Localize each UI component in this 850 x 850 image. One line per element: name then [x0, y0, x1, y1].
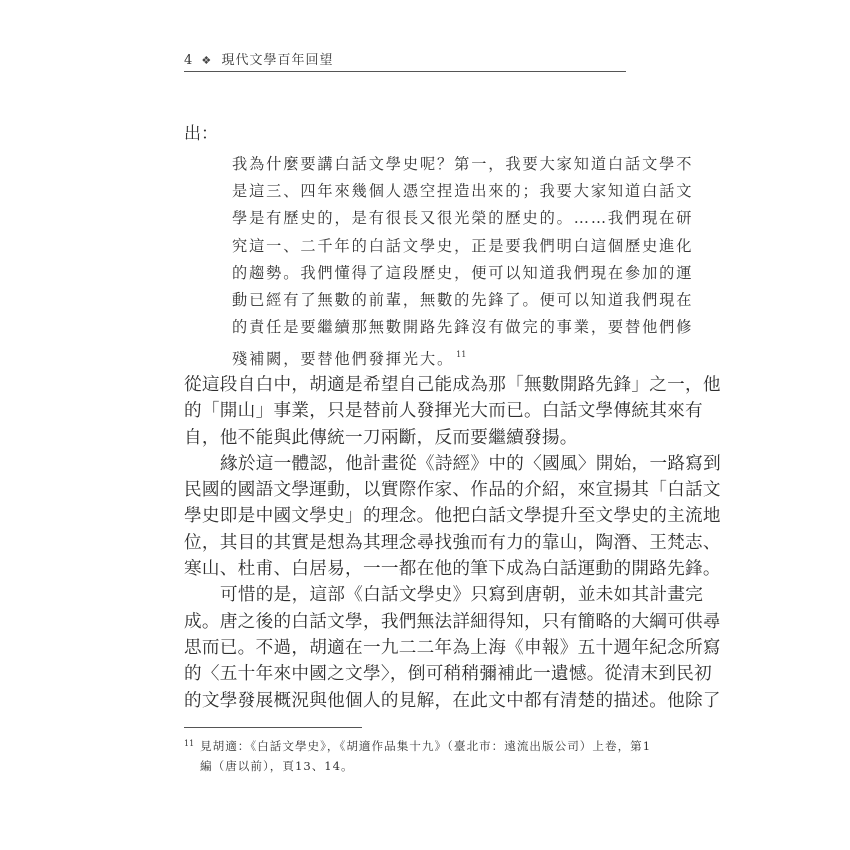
- paragraph: 緣於這一體認，他計畫從《詩經》中的〈國風〉開始，一路寫到 民國的國語文學運動，以…: [184, 451, 628, 582]
- quote-line-text: 殘補闕，要替他們發揮光大。: [232, 350, 454, 368]
- ornament-icon: ❖: [201, 54, 212, 67]
- body-line: 從這段自白中，胡適是希望自己能成為那「無數開路先鋒」之一，他: [184, 372, 628, 398]
- book-title: 現代文學百年回望: [221, 53, 333, 68]
- book-page: 4 ❖ 現代文學百年回望 出： 我為什麼要講白話文學史呢？第一，我要大家知道白話…: [0, 0, 850, 850]
- paragraph: 從這段自白中，胡適是希望自己能成為那「無數開路先鋒」之一，他 的「開山」事業，只…: [184, 372, 628, 451]
- running-head: 4 ❖ 現代文學百年回望: [184, 51, 626, 72]
- body-line: 的〈五十年來中國之文學〉，倒可稍稍彌補此一遺憾。從清末到民初: [184, 661, 628, 687]
- body-line: 緣於這一體認，他計畫從《詩經》中的〈國風〉開始，一路寫到: [184, 451, 628, 477]
- body-line: 的文學發展概況與他個人的見解，在此文中都有清楚的描述。他除了: [184, 688, 628, 714]
- body-line: 自，他不能與此傳統一刀兩斷，反而要繼續發揚。: [184, 425, 628, 451]
- quote-line-last: 殘補闕，要替他們發揮光大。11: [232, 341, 624, 368]
- body-line: 思而已。不過，胡適在一九二二年為上海《申報》五十週年紀念所寫: [184, 635, 628, 661]
- body-line: 寒山、杜甫、白居易，一一都在他的筆下成為白話運動的開路先鋒。: [184, 556, 628, 582]
- quote-line: 我為什麼要講白話文學史呢？第一，我要大家知道白話文學不: [232, 151, 624, 178]
- quote-line: 學是有歷史的，是有很長又很光榮的歷史的。……我們現在研: [232, 205, 624, 232]
- quote-line: 的責任是要繼續那無數開路先鋒沒有做完的事業，要替他們修: [232, 314, 624, 341]
- quote-line: 究這一、二千年的白話文學史，正是要我們明白這個歷史進化: [232, 233, 624, 260]
- footnote-number: 11: [184, 734, 194, 754]
- quote-line: 是這三、四年來幾個人憑空捏造出來的；我要大家知道白話文: [232, 178, 624, 205]
- body-line: 的「開山」事業，只是替前人發揮光大而已。白話文學傳統其來有: [184, 398, 628, 424]
- paragraph: 可惜的是，這部《白話文學史》只寫到唐朝，並未如其計畫完 成。唐之後的白話文學，我…: [184, 582, 628, 713]
- body-line: 可惜的是，這部《白話文學史》只寫到唐朝，並未如其計畫完: [184, 582, 628, 608]
- quote-line: 動已經有了無數的前輩，無數的先鋒了。便可以知道我們現在: [232, 287, 624, 314]
- lead-in-text: 出：: [184, 122, 218, 146]
- body-line: 成。唐之後的白話文學，我們無法詳細得知，只有簡略的大綱可供尋: [184, 609, 628, 635]
- quote-line: 的趨勢。我們懂得了這段歷史，便可以知道我們現在參加的運: [232, 260, 624, 287]
- body-line: 學史即是中國文學史」的理念。他把白話文學提升至文學史的主流地: [184, 503, 628, 529]
- body-text: 從這段自白中，胡適是希望自己能成為那「無數開路先鋒」之一，他 的「開山」事業，只…: [184, 372, 628, 714]
- footnote-divider: [184, 727, 362, 728]
- footnote-line: 編（唐以前），頁13、14。: [184, 756, 628, 776]
- block-quote: 我為什麼要講白話文學史呢？第一，我要大家知道白話文學不 是這三、四年來幾個人憑空…: [232, 151, 624, 369]
- body-line: 民國的國語文學運動，以實際作家、作品的介紹，來宣揚其「白話文: [184, 477, 628, 503]
- footnote-line: 見胡適：《白話文學史》，《胡適作品集十九》（臺北市：遠流出版公司）上卷，第1: [184, 736, 628, 756]
- footnote-reference[interactable]: 11: [456, 350, 466, 359]
- body-line: 位，其目的其實是想為其理念尋找強而有力的靠山，陶潛、王梵志、: [184, 530, 628, 556]
- footnote: 11 見胡適：《白話文學史》，《胡適作品集十九》（臺北市：遠流出版公司）上卷，第…: [184, 736, 628, 776]
- page-number: 4: [184, 53, 193, 68]
